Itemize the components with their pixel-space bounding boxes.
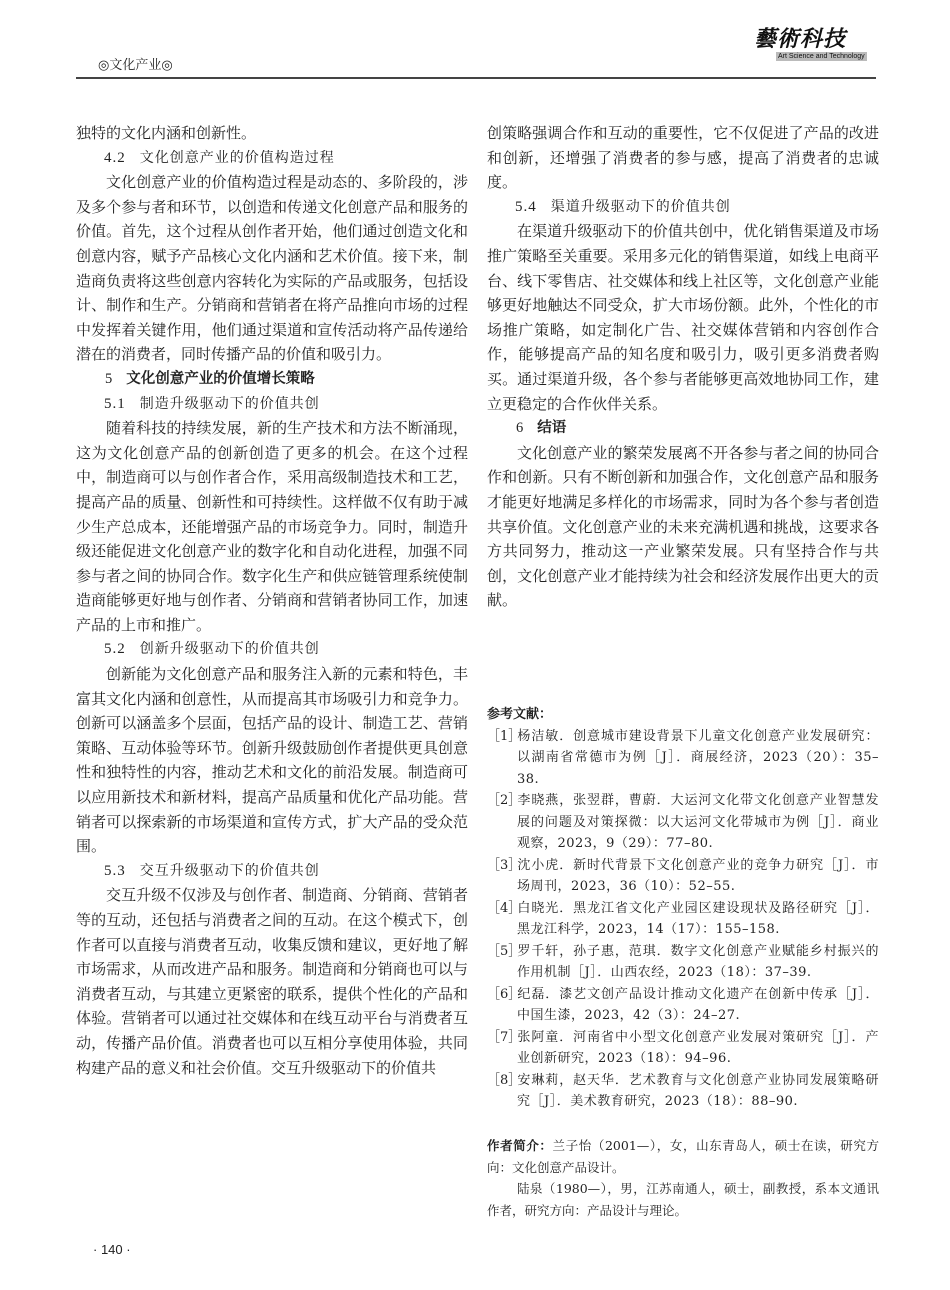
reference-index: ［7］ bbox=[487, 1027, 517, 1049]
reference-index: ［1］ bbox=[487, 726, 517, 748]
journal-logo: 藝術科技 Art Science and Technology bbox=[754, 22, 872, 72]
paragraph: 随着科技的持续发展，新的生产技术和方法不断涌现，这为文化创意产品的创新创造了更多… bbox=[76, 416, 468, 637]
heading-number: 5.1 bbox=[104, 396, 126, 412]
reference-item: ［2］李晓燕，张翌群，曹蔚．大运河文化带文化创意产业智慧发展的问题及对策探微：以… bbox=[487, 790, 879, 855]
reference-index: ［6］ bbox=[487, 984, 517, 1006]
heading-5-3: 5.3交互升级驱动下的价值共创 bbox=[76, 859, 468, 884]
reference-index: ［2］ bbox=[487, 790, 517, 812]
reference-index: ［3］ bbox=[487, 855, 517, 877]
references: 参考文献： ［1］杨洁敏．创意城市建设背景下儿童文化创意产业发展研究：以湖南省常… bbox=[487, 704, 879, 1113]
right-column: 创策略强调合作和互动的重要性，它不仅促进了产品的改进和创新，还增强了消费者的参与… bbox=[487, 121, 879, 613]
author-bio-second: 陆泉（1980—），男，江苏南通人，硕士，副教授，系本文通讯作者，研究方向：产品… bbox=[487, 1178, 879, 1221]
paragraph: 文化创意产业的价值构造过程是动态的、多阶段的，涉及多个参与者和环节，以创造和传递… bbox=[76, 170, 468, 367]
references-title: 参考文献： bbox=[487, 704, 879, 726]
reference-text: 沈小虎．新时代背景下文化创意产业的竞争力研究［J］．市场周刊，2023，36（1… bbox=[517, 858, 879, 895]
paragraph: 创策略强调合作和互动的重要性，它不仅促进了产品的改进和创新，还增强了消费者的参与… bbox=[487, 121, 879, 195]
reference-text: 杨洁敏．创意城市建设背景下儿童文化创意产业发展研究：以湖南省常德市为例［J］．商… bbox=[517, 729, 879, 787]
heading-5: 5文化创意产业的价值增长策略 bbox=[76, 367, 468, 392]
reference-index: ［5］ bbox=[487, 941, 517, 963]
page-number: · 140 · bbox=[93, 1242, 131, 1257]
heading-number: 5.3 bbox=[104, 863, 126, 879]
author-bio-first: 作者简介：兰子怡（2001—），女，山东青岛人，硕士在读，研究方向：文化创意产品… bbox=[487, 1135, 879, 1178]
journal-logo-cn: 藝術科技 bbox=[754, 22, 846, 53]
reference-item: ［5］罗千轩，孙子惠，范琪．数字文化创意产业赋能乡村振兴的作用机制［J］．山西农… bbox=[487, 941, 879, 984]
section-label: ◎文化产业◎ bbox=[98, 54, 173, 73]
heading-number: 5 bbox=[105, 371, 112, 387]
author-bio: 作者简介：兰子怡（2001—），女，山东青岛人，硕士在读，研究方向：文化创意产品… bbox=[487, 1135, 879, 1221]
paragraph: 独特的文化内涵和创新性。 bbox=[76, 121, 468, 146]
reference-item: ［3］沈小虎．新时代背景下文化创意产业的竞争力研究［J］．市场周刊，2023，3… bbox=[487, 855, 879, 898]
reference-text: 纪磊．漆艺文创产品设计推动文化遗产在创新中传承［J］．中国生漆，2023，42（… bbox=[517, 987, 879, 1024]
heading-number: 5.4 bbox=[515, 199, 537, 215]
reference-text: 罗千轩，孙子惠，范琪．数字文化创意产业赋能乡村振兴的作用机制［J］．山西农经，2… bbox=[517, 944, 879, 981]
paragraph: 在渠道升级驱动下的价值共创中，优化销售渠道及市场推广策略至关重要。采用多元化的销… bbox=[487, 219, 879, 416]
journal-logo-en: Art Science and Technology bbox=[776, 52, 867, 61]
reference-index: ［4］ bbox=[487, 898, 517, 920]
reference-item: ［6］纪磊．漆艺文创产品设计推动文化遗产在创新中传承［J］．中国生漆，2023，… bbox=[487, 984, 879, 1027]
reference-item: ［1］杨洁敏．创意城市建设背景下儿童文化创意产业发展研究：以湖南省常德市为例［J… bbox=[487, 726, 879, 791]
heading-title: 文化创意产业的价值构造过程 bbox=[140, 150, 335, 166]
heading-title: 结语 bbox=[537, 420, 566, 436]
reference-text: 安琳莉，赵天华．艺术教育与文化创意产业协同发展策略研究［J］．美术教育研究，20… bbox=[517, 1073, 879, 1110]
reference-item: ［7］张阿童．河南省中小型文化创意产业发展对策研究［J］．产业创新研究，2023… bbox=[487, 1027, 879, 1070]
heading-4-2: 4.2文化创意产业的价值构造过程 bbox=[76, 146, 468, 171]
heading-title: 创新升级驱动下的价值共创 bbox=[140, 641, 320, 657]
reference-item: ［8］安琳莉，赵天华．艺术教育与文化创意产业协同发展策略研究［J］．美术教育研究… bbox=[487, 1070, 879, 1113]
heading-title: 制造升级驱动下的价值共创 bbox=[140, 396, 320, 412]
page-header: ◎文化产业◎ 藝術科技 Art Science and Technology bbox=[76, 20, 876, 80]
paragraph: 文化创意产业的繁荣发展离不开各参与者之间的协同合作和创新。只有不断创新和加强合作… bbox=[487, 441, 879, 613]
reference-item: ［4］白晓光．黑龙江省文化产业园区建设现状及路径研究［J］．黑龙江科学，2023… bbox=[487, 898, 879, 941]
author-bio-label: 作者简介： bbox=[487, 1138, 553, 1153]
header-divider bbox=[76, 77, 876, 79]
heading-number: 4.2 bbox=[104, 150, 126, 166]
heading-6: 6结语 bbox=[487, 416, 879, 441]
heading-5-2: 5.2创新升级驱动下的价值共创 bbox=[76, 637, 468, 662]
heading-5-4: 5.4渠道升级驱动下的价值共创 bbox=[487, 195, 879, 220]
left-column: 独特的文化内涵和创新性。 4.2文化创意产业的价值构造过程 文化创意产业的价值构… bbox=[76, 121, 468, 1080]
reference-index: ［8］ bbox=[487, 1070, 517, 1092]
heading-title: 文化创意产业的价值增长策略 bbox=[126, 371, 315, 387]
heading-number: 5.2 bbox=[104, 641, 126, 657]
paragraph: 创新能为文化创意产品和服务注入新的元素和特色，丰富其文化内涵和创意性，从而提高其… bbox=[76, 662, 468, 859]
heading-title: 渠道升级驱动下的价值共创 bbox=[551, 199, 731, 215]
reference-text: 张阿童．河南省中小型文化创意产业发展对策研究［J］．产业创新研究，2023（18… bbox=[517, 1030, 879, 1067]
heading-title: 交互升级驱动下的价值共创 bbox=[140, 863, 320, 879]
heading-5-1: 5.1制造升级驱动下的价值共创 bbox=[76, 392, 468, 417]
reference-text: 李晓燕，张翌群，曹蔚．大运河文化带文化创意产业智慧发展的问题及对策探微：以大运河… bbox=[517, 793, 879, 851]
heading-number: 6 bbox=[516, 420, 523, 436]
paragraph: 交互升级不仅涉及与创作者、制造商、分销商、营销者等的互动，还包括与消费者之间的互… bbox=[76, 883, 468, 1080]
reference-text: 白晓光．黑龙江省文化产业园区建设现状及路径研究［J］．黑龙江科学，2023，14… bbox=[517, 901, 879, 938]
